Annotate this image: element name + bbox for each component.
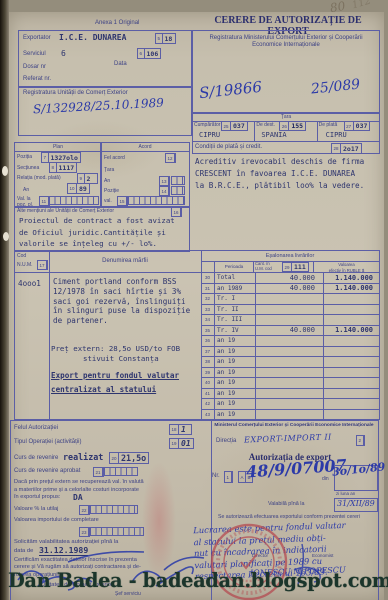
box-value: 2o17	[341, 144, 361, 153]
exportator-codebox: 5 18	[155, 33, 176, 44]
schedule-cell-num: 36	[201, 336, 215, 346]
schedule-cell-num: 35	[201, 326, 215, 336]
schedule-cell-period: an 19	[215, 389, 256, 399]
curs-realizat-typed: realizat	[63, 452, 103, 462]
book-spine-shadow	[0, 0, 9, 600]
denumire-header: Denumirea mărfii	[49, 258, 201, 265]
box-number: 14	[160, 187, 169, 195]
schedule-cell-val	[324, 378, 379, 388]
ministry-registry-label: Registratura Ministerului Comerțului Ext…	[201, 35, 371, 49]
schedule-cell-num: 39	[201, 368, 215, 378]
tara-codebox: 26155	[279, 121, 306, 131]
schedule-cell-qty	[256, 315, 324, 325]
tara-country: CIPRU	[199, 131, 220, 139]
curs-aprobat-label: Curs de revenire aprobat	[14, 468, 80, 475]
schedule-cell-num: 33	[201, 305, 215, 315]
denumire-header-cell: Denumirea mărfii	[49, 251, 202, 273]
tara-codebox: 27037	[344, 121, 371, 131]
plan-title: Plan	[15, 144, 101, 152]
schedule-cell-period: an 19	[215, 399, 256, 409]
pencil-note: 80	[329, 0, 346, 15]
acord-box: Acord Fel acord 12 Țara An 13 Poziție 14…	[100, 142, 190, 208]
schedule-cell-period: an 19	[215, 336, 256, 346]
tick-boxes	[90, 527, 144, 536]
schedule-cell-num: 34	[201, 315, 215, 325]
schedule-row: 43an 19	[201, 409, 379, 420]
box-value: 1327olo	[49, 153, 80, 162]
box-number: 29	[283, 263, 292, 271]
tara-cell-destination: De dest. 26155 SPANIA	[255, 121, 317, 141]
tara-cell-label: Cumpărător	[194, 122, 220, 128]
uce-registry-handwritten: S/132928/25.10.1989	[33, 96, 164, 117]
box-value: 037	[354, 122, 370, 130]
export-note-line1: Export pentru fondul valutar	[51, 371, 179, 380]
schedule-cell-num: 40	[201, 378, 215, 388]
tara-cell-buyer: Cumpărător 25037 CIPRU	[193, 121, 255, 141]
conditii-label: Condiții de plată și credit.	[195, 144, 262, 151]
schedule-cell-val	[324, 389, 379, 399]
schedule-row: 35Tr. IV40.0001.140.000	[201, 325, 379, 336]
tara-block: Țara Cumpărător 25037 CIPRU De dest. 261…	[192, 112, 380, 154]
cod-header-line2: N.U.M.	[17, 262, 33, 268]
valabila-box: 31/XII/89	[334, 498, 378, 512]
schedule-cell-qty	[256, 305, 324, 315]
data-label: Data	[114, 61, 127, 68]
ministry-registry-box: Registratura Ministerului Comerțului Ext…	[192, 30, 380, 114]
schedule-cell-period: an 19	[215, 368, 256, 378]
directia-handwritten: EXPORT-IMPORT II	[244, 432, 332, 444]
esalonare-header: Eșalonarea livrărilor	[201, 253, 379, 259]
tick-boxes	[171, 186, 185, 195]
schedule-cell-num: 41	[201, 389, 215, 399]
import-label: Valoarea importului de completare	[14, 517, 99, 524]
box-number: 21	[94, 468, 103, 476]
schedule-row: 41an 19	[201, 388, 379, 399]
felul-codebox: 181	[169, 424, 192, 435]
box-value: 1117	[57, 163, 77, 172]
box-value: 1	[179, 425, 191, 434]
exporter-box: Exportator I.C.E. DUNAREA 5 18 Serviciul…	[18, 30, 192, 88]
box-value: 106	[145, 49, 161, 58]
box-number: 13	[160, 177, 169, 185]
box-number: 27	[345, 122, 354, 130]
schedule-cell-period: Tr. IV	[215, 326, 256, 336]
watermark-credit: Dan Badea - badeadan.blogspot.com	[8, 568, 388, 592]
schedule-cell-qty	[256, 336, 324, 346]
schedule-cell-period: an 19	[215, 378, 256, 388]
schedule-row: 33Tr. II	[201, 304, 379, 315]
schedule-cell-period: an 19	[215, 347, 256, 357]
schedule-cell-num: 37	[201, 347, 215, 357]
acord-fel-label: Fel acord	[104, 155, 125, 161]
schedule-row: 30Total40.0001.140.000	[201, 272, 379, 283]
tick-boxes	[49, 196, 99, 205]
schedule-row: 39an 19	[201, 367, 379, 378]
box-number: 20	[110, 453, 119, 463]
nr-codebox: 1	[224, 471, 233, 483]
valabila-handwritten: 31/XII/89	[337, 499, 375, 508]
box-number: 25	[222, 122, 231, 130]
schedule-cell-qty	[256, 368, 324, 378]
tick-boxes	[90, 505, 138, 514]
row-number-col	[201, 261, 215, 272]
schedule-cell-qty: 40.000	[256, 284, 324, 294]
schedule-row: 37an 19	[201, 346, 379, 357]
cod-codebox: 17	[37, 260, 48, 270]
schedule-cell-num: 38	[201, 357, 215, 367]
price-line1: Preț extern: 28,5o USD/to FOB	[51, 344, 180, 353]
schedule-cell-val	[324, 399, 379, 409]
acord-pozitie-label: Poziție	[104, 188, 119, 194]
plan-box: Plan Poziția 71327olo Secțiunea 81117 Re…	[14, 142, 102, 208]
tick-boxes	[171, 176, 185, 185]
schedule-cell-qty: 40.000	[256, 273, 324, 283]
tara-cell-label: De dest.	[256, 122, 275, 128]
tip-codebox: 1901	[169, 438, 194, 449]
serviciul-label: Serviciul	[23, 51, 46, 58]
goods-description: Ciment portland conform BSS 12/1978 în s…	[53, 277, 190, 326]
schedule-cell-qty: 40.000	[256, 326, 324, 336]
schedule-row: 34Tr. III	[201, 314, 379, 325]
schedule-cell-val	[324, 336, 379, 346]
box-number: 1	[225, 472, 232, 482]
schedule-cell-qty	[256, 378, 324, 388]
tara-cell-payment: De plată 27037 CIPRU	[318, 121, 379, 141]
schedule-cell-val: 1.140.000	[324, 284, 379, 294]
schedule-cell-val	[324, 294, 379, 304]
box-number: 2	[357, 436, 364, 445]
curs-realizat-codebox: 2021,5o	[109, 452, 149, 464]
schedule-cell-val: 1.140.000	[324, 273, 379, 283]
acord-fel-codebox: 12	[165, 153, 176, 163]
nr-label: Nr.	[212, 473, 220, 480]
acord-an-codebox: 13	[159, 176, 170, 186]
schedule-row: 42an 19	[201, 398, 379, 409]
schedule-cell-val	[324, 357, 379, 367]
box-number: 23	[80, 528, 89, 536]
utilaj-label: Valoare % la utilaj	[14, 506, 58, 513]
dosar-label: Dosar nr	[23, 64, 46, 71]
acord-tara-label: Țara	[104, 167, 114, 173]
tip-label: Tipul Operației (activității)	[14, 439, 81, 446]
zi-luna-an-label: zi luna an	[336, 491, 355, 497]
conditii-row: Condiții de plată și credit. 282o17	[193, 141, 379, 154]
acord-an-label: An	[104, 178, 110, 184]
schedule-cell-qty	[256, 357, 324, 367]
acord-title: Acord	[101, 144, 189, 152]
plan-relatia-label: Relația (mod. plată)	[17, 175, 61, 181]
acord-val-codebox: 15	[117, 196, 128, 206]
schedule-cell-period: Tr. III	[215, 315, 256, 325]
plan-pozitia-label: Poziția	[17, 154, 32, 160]
value-col-header: Valoarea efectiv în RUBLE $	[314, 261, 379, 272]
uce-registry-label: Registratura Unității de Comerț Exterior	[23, 90, 128, 97]
acord-val-label: val.	[104, 198, 112, 204]
cod-header-line1: Cod	[17, 253, 26, 259]
anexa-label: Anexa 1 Original	[95, 20, 139, 27]
box-number: 10	[68, 184, 77, 193]
utilaj-codebox: 22	[79, 505, 90, 515]
schedule-cell-val	[324, 315, 379, 325]
box-number: 17	[38, 261, 47, 269]
schedule-cell-val	[324, 368, 379, 378]
recuperare-value: DA	[73, 493, 83, 502]
plan-sectiunea-codebox: 81117	[49, 162, 77, 173]
schedule-cell-val	[324, 347, 379, 357]
box-value: 155	[289, 122, 305, 130]
box-number: 15	[118, 197, 127, 205]
box-number: 19	[170, 439, 179, 448]
mentiuni-text: Proiectul de contract a fost avizat de O…	[19, 215, 175, 250]
uce-registry-box: Registratura Unității de Comerț Exterior…	[18, 86, 192, 136]
schedule-cell-period: Tr. II	[215, 305, 256, 315]
denumire-col: Ciment portland conform BSS 12/1978 în s…	[49, 272, 202, 419]
qty-col-header: Cant. în U.M. cod 29111	[254, 261, 314, 272]
curs-realizat-label: Curs de revenire	[14, 455, 58, 462]
payment-conditions-text: Acreditiv irevocabil deschis de firma CR…	[195, 156, 379, 192]
box-number: 18	[170, 425, 179, 434]
tara-cells: Cumpărător 25037 CIPRU De dest. 26155 SP…	[193, 121, 379, 141]
serviciul-codebox: 6 106	[137, 48, 161, 59]
import-codebox: 23	[79, 527, 90, 537]
acord-pozitie-codebox: 14	[159, 186, 170, 196]
box-value: 01	[179, 439, 193, 448]
schedule-row: 32Tr. I	[201, 293, 379, 304]
exportator-value: I.C.E. DUNAREA	[59, 33, 126, 42]
din-label: din	[322, 476, 329, 483]
schedule-cell-period: Total	[215, 273, 256, 283]
export-note-line2: centralizat al statului	[51, 385, 156, 394]
cod-value: 4ooo1	[18, 279, 41, 288]
mentiuni-box: Alte mențiuni ale Unității de Comerț Ext…	[14, 206, 190, 252]
directia-label: Direcția	[216, 438, 236, 445]
staple-mark	[3, 232, 9, 241]
schedule-cell-val	[324, 305, 379, 315]
tick-boxes	[128, 196, 185, 205]
schedule-cell-num: 42	[201, 399, 215, 409]
tara-cell-label: De plată	[319, 122, 338, 128]
schedule-cell-num: 30	[201, 273, 215, 283]
goods-table: Cod N.U.M. 17 Denumirea mărfii Eșalonare…	[14, 250, 380, 420]
qty-codebox: 29111	[282, 262, 309, 272]
schedule-cell-period: an 19	[215, 357, 256, 367]
mentiuni-label: Alte mențiuni ale Unității de Comerț Ext…	[17, 208, 167, 214]
tara-country: SPANIA	[261, 131, 286, 139]
box-value: 18	[163, 34, 175, 43]
schedule-cell-period: an 19	[215, 410, 256, 420]
schedule-subheader: Perioada Cant. în U.M. cod 29111 Valoare…	[201, 261, 379, 272]
price-line2: stivuit Constanța	[83, 354, 159, 363]
curs-aprobat-codebox: 21	[93, 467, 104, 477]
schedule-cell-val: 1.140.000	[324, 326, 379, 336]
schedule-row: 31an 198940.0001.140.000	[201, 283, 379, 294]
scanned-export-authorization-form: Anexa 1 Original CERERE DE AUTORIZAȚIE D…	[0, 0, 388, 600]
schedule-cell-num: 43	[201, 410, 215, 420]
schedule-cell-qty	[256, 399, 324, 409]
period-col-header: Perioada	[215, 261, 254, 272]
schedule-cell-num: 32	[201, 294, 215, 304]
schedule-cell-qty	[256, 410, 324, 420]
valabila-label: Valabilă pînă la	[268, 501, 304, 508]
minister-header: Ministerul Comerțului Exterior și Cooper…	[212, 423, 376, 429]
box-value: 89	[77, 184, 89, 193]
box-value: 037	[231, 122, 247, 130]
box-number: 12	[166, 154, 175, 162]
schedule-cell-qty	[256, 389, 324, 399]
schedule-rows: 30Total40.0001.140.00031an 198940.0001.1…	[201, 272, 379, 419]
registry-number-handwritten: S/19866	[198, 78, 263, 102]
recuperare-text: Dacă prin prețul extern se recuperează v…	[14, 479, 210, 502]
schedule-cell-num: 31	[201, 284, 215, 294]
schedule-row: 40an 19	[201, 377, 379, 388]
box-number: 11	[40, 197, 49, 205]
exportator-label: Exportator	[23, 35, 51, 42]
box-value: 21,5o	[119, 453, 148, 463]
schedule-cell-period: Tr. I	[215, 294, 256, 304]
box-number: 26	[280, 122, 289, 130]
registry-date-handwritten: 25/089	[310, 76, 361, 97]
staple-mark	[2, 166, 8, 176]
box-number: 22	[80, 506, 89, 514]
conditii-codebox: 282o17	[331, 143, 362, 154]
tara-country: CIPRU	[326, 131, 347, 139]
schedule-cell-qty	[256, 294, 324, 304]
schedule-row: 36an 19	[201, 335, 379, 346]
cod-value-col: 4ooo1	[15, 272, 50, 419]
tara-codebox: 25037	[221, 121, 248, 131]
plan-sectiunea-label: Secțiunea	[17, 165, 39, 171]
box-value: 111	[292, 263, 308, 271]
serviciul-value: 6	[61, 49, 66, 58]
cod-header-cell: Cod N.U.M. 17	[15, 251, 50, 273]
plan-an-label: An	[23, 187, 29, 193]
plan-an-codebox: 1089	[67, 183, 90, 194]
box-a: A	[239, 472, 246, 482]
schedule-cell-period: an 1989	[215, 284, 256, 294]
schedule-row: 38an 19	[201, 356, 379, 367]
schedule-cell-val	[324, 410, 379, 420]
felul-label: Felul Autorizației	[14, 425, 58, 432]
box-number: 28	[332, 144, 341, 153]
tick-boxes	[104, 467, 138, 476]
directia-codebox: 2	[356, 435, 365, 446]
box-value: 2	[85, 174, 97, 183]
referat-label: Referat nr.	[23, 76, 51, 83]
schedule-cell-qty	[256, 347, 324, 357]
pencil-note: 112	[351, 0, 372, 11]
